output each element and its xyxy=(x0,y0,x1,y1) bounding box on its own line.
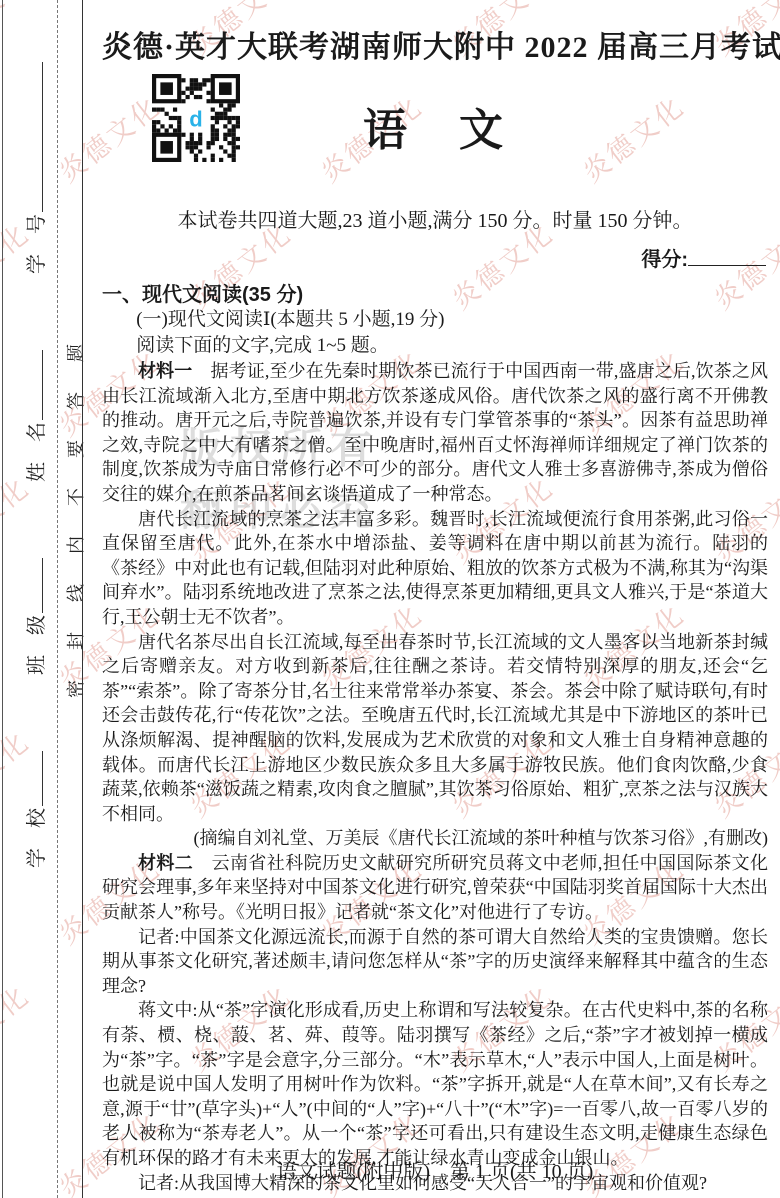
section-heading: 一、现代文阅读(35 分) xyxy=(102,278,768,307)
student-number-field: 学 号 xyxy=(26,62,48,274)
interview-answer-1: 蒋文中:从“茶”字演化形成看,历史上称谓和写法较复杂。在古代史料中,茶的名称有荼… xyxy=(102,998,768,1170)
student-number-label: 学 号 xyxy=(26,214,48,274)
exam-content: 炎德·英才大联考湖南师大附中 2022 届高三月考试卷(七) d xyxy=(102,0,768,1198)
student-info-fields: 学 校班 级姓 名学 号 xyxy=(20,0,49,1198)
score-row: 得分: xyxy=(102,243,768,272)
exam-title: 炎德·英才大联考湖南师大附中 2022 届高三月考试卷(七) xyxy=(102,22,768,66)
name-label: 姓 名 xyxy=(26,422,48,482)
material-2-paragraph-1: 材料二 云南省社科院历史文献研究所研究员蒋文中老师,担任中国国际茶文化研究会理事… xyxy=(102,851,768,925)
class-label: 班 级 xyxy=(26,615,48,675)
name-field: 姓 名 xyxy=(26,350,48,482)
sidebar-divider-line xyxy=(82,0,83,1198)
seal-line-label: 密封线内不要答题 xyxy=(62,0,88,1198)
footer-text: 语文试题(附中版) 第 1 页(共 10 页) xyxy=(102,1155,768,1184)
subsection-heading: (一)现代文阅读Ⅰ(本题共 5 小题,19 分) xyxy=(102,307,768,333)
material-1-paragraph-2: 唐代长江流域的烹茶之法丰富多彩。魏晋时,长江流域便流行食用茶粥,此习俗一直保留至… xyxy=(102,507,768,630)
name-blank xyxy=(22,350,43,420)
material-1-paragraph-1: 材料一 据考证,至少在先秦时期饮茶已流行于中国西南一带,盛唐之后,饮茶之风由长江… xyxy=(102,359,768,507)
page-left-border xyxy=(2,0,3,1198)
material-2-label: 材料二 xyxy=(138,853,193,873)
school-blank xyxy=(22,751,43,806)
interview-question-1: 记者:中国茶文化源远流长,而源于自然的茶可谓大自然给人类的宝贵馈赠。您长期从事茶… xyxy=(102,925,768,999)
material-1-attribution: (摘编自刘礼堂、万美辰《唐代长江流域的茶叶种植与饮茶习俗》,有删改) xyxy=(102,826,768,851)
seal-dashed-line xyxy=(57,0,58,1198)
exam-info: 本试卷共四道大题,23 道小题,满分 150 分。时量 150 分钟。 xyxy=(102,204,768,233)
qr-logo-d-icon: d xyxy=(189,106,202,131)
qr-code: d xyxy=(152,74,240,162)
reading-instruction: 阅读下面的文字,完成 1~5 题。 xyxy=(102,333,768,359)
class-blank xyxy=(22,558,43,613)
subject-block: d 语 文 xyxy=(102,72,768,200)
class-field: 班 级 xyxy=(26,558,48,675)
score-label: 得分: xyxy=(641,249,688,271)
school-field: 学 校 xyxy=(26,751,48,868)
score-blank xyxy=(688,245,766,266)
exam-paper-page: 炎德文化炎德文化炎德文化炎德文化炎德文化炎德文化炎德文化炎德文化炎德文化炎德文化… xyxy=(0,0,780,1198)
school-label: 学 校 xyxy=(26,808,48,868)
student-number-blank xyxy=(22,62,43,212)
material-1-paragraph-3: 唐代名茶尽出自长江流域,每至出春茶时节,长江流域的文人墨客以当地新茶封缄之后寄赠… xyxy=(102,630,768,827)
material-1-label: 材料一 xyxy=(138,361,192,381)
